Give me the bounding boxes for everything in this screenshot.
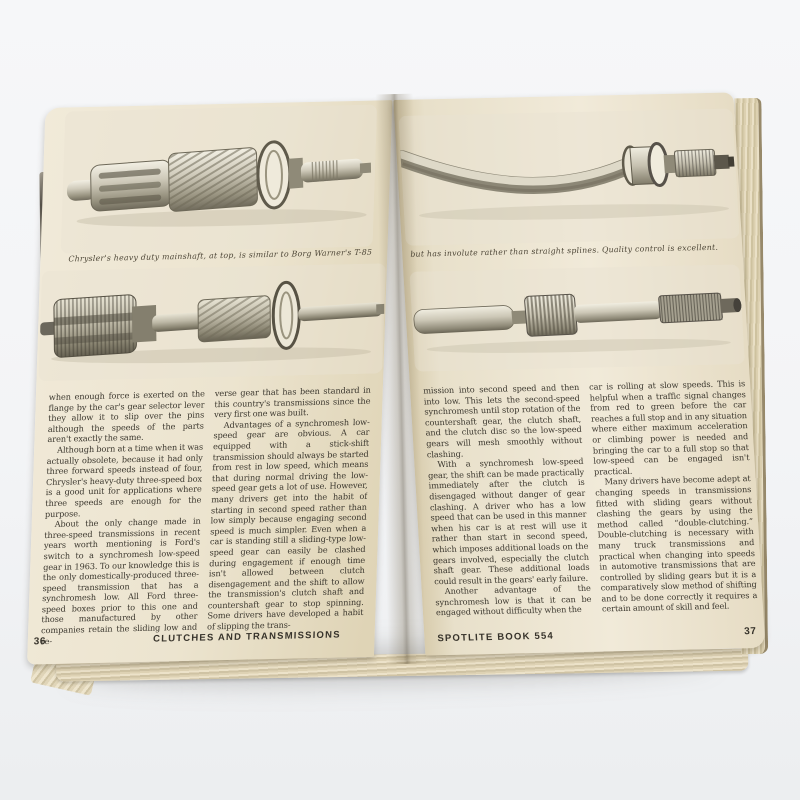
photo-caption-right: but has involute rather than straight sp… [410, 243, 718, 259]
left-page-column-1: when enough force is exerted on the flan… [41, 388, 205, 646]
right-page-column-1: mission into second speed and then into … [423, 382, 594, 639]
right-page-column-2: car is rolling at slow speeds. This is h… [589, 378, 760, 635]
page-number-left: 36 [34, 636, 46, 647]
left-page-body: when enough force is exerted on the flan… [41, 385, 371, 647]
right-page-body: mission into second speed and then into … [423, 378, 760, 639]
page-right: but has involute rather than straight sp… [393, 92, 765, 655]
open-booklet: Chrysler's heavy duty mainshaft, at top,… [21, 80, 780, 703]
mainshaft-photo-bottom-right [409, 264, 745, 371]
mainshaft-photo-bottom-left [38, 263, 386, 381]
left-page-column-2: verse gear that has been standard in thi… [207, 385, 371, 643]
mainshaft-photo-top-right [398, 108, 739, 245]
page-left: Chrysler's heavy duty mainshaft, at top,… [27, 100, 392, 664]
book-title: SPOTLITE BOOK 554 [437, 631, 554, 645]
mainshaft-photo-top-left [61, 104, 378, 253]
page-number-right: 37 [744, 626, 757, 637]
photo-backdrop: Chrysler's heavy duty mainshaft, at top,… [0, 0, 800, 800]
